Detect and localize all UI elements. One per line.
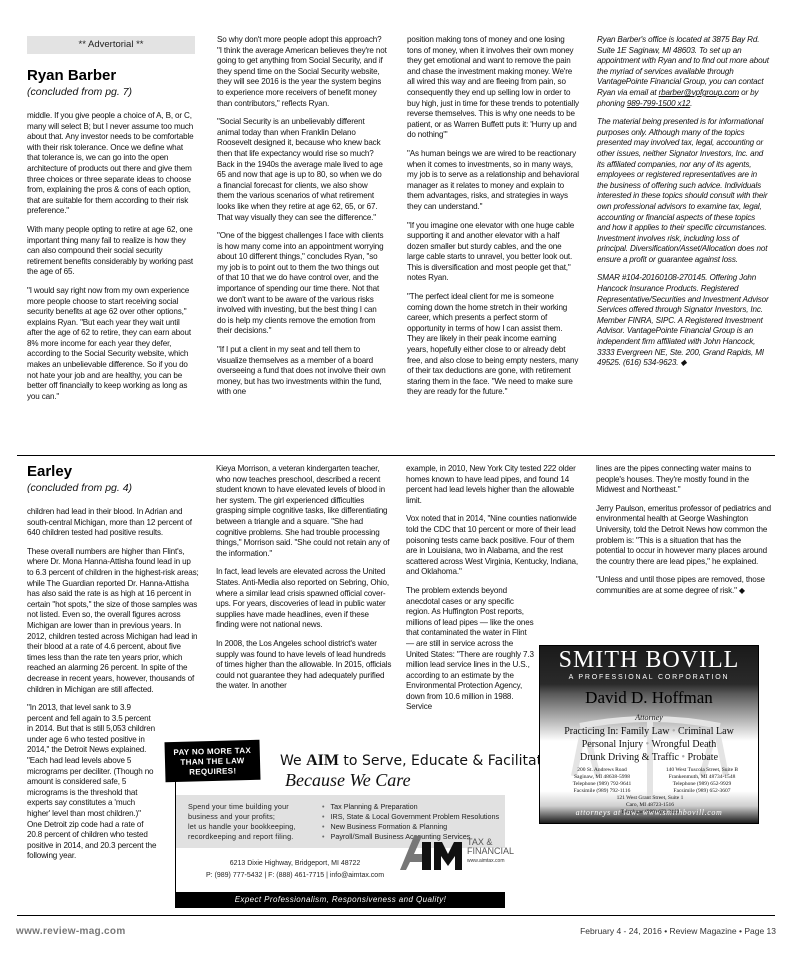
article-column-4: Ryan Barber's office is located at 3875 … (597, 35, 769, 377)
bullet-icon: • (672, 726, 676, 737)
office-line: 121 West Grant Street, Suite 1 (600, 795, 700, 802)
email-link[interactable]: rbarber@vpfgroup.com (659, 88, 739, 97)
paragraph: Vox noted that in 2014, "Nine counties n… (406, 514, 582, 578)
section-divider (17, 455, 775, 456)
paragraph: example, in 2010, New York City tested 2… (406, 464, 582, 506)
practice-area: Drunk Driving & Traffic (580, 752, 679, 763)
aim-address: 6213 Dixie Highway, Bridgeport, MI 48722 (195, 858, 395, 870)
practice-area: Criminal Law (678, 726, 734, 737)
office-line: Telephone (989) 652-9929 (652, 781, 752, 788)
paragraph: These overall numbers are higher than Fl… (27, 547, 199, 695)
bullet-icon: • (681, 752, 685, 763)
article-headline: Earley (27, 463, 72, 481)
aim-contact[interactable]: P: (989) 777-5432 | F: (888) 461-7715 | … (195, 870, 395, 882)
continuation-note: (concluded from pg. 7) (27, 86, 132, 99)
article-headline: Ryan Barber (27, 67, 116, 85)
aim-logo-line: FINANCIAL (467, 847, 514, 856)
article-column-3: position making tons of money and one lo… (407, 35, 579, 406)
aim-pitch-line: Spend your time building your (188, 802, 296, 812)
paragraph: "Social Security is an unbelievably diff… (217, 117, 387, 223)
article-column-2: So why don't more people adopt this appr… (217, 35, 387, 406)
contact-paragraph: Ryan Barber's office is located at 3875 … (597, 35, 769, 109)
office-saginaw: 200 St. Andrews Road Saginaw, MI 48638-5… (562, 767, 642, 795)
aim-headline-pre: We (280, 753, 306, 769)
aim-pitch: Spend your time building your business a… (188, 802, 296, 842)
article-column-4: lines are the pipes connecting water mai… (596, 464, 772, 605)
smith-bovill-advertisement[interactable]: SMITH BOVILL A PROFESSIONAL CORPORATION … (539, 645, 759, 824)
aim-pitch-line: let us handle your bookkeeping, (188, 822, 296, 832)
paragraph: "If you imagine one elevator with one hu… (407, 221, 579, 285)
office-frankenmuth: 140 West Tuscola Street, Suite B Franken… (652, 767, 752, 795)
paragraph: lines are the pipes connecting water mai… (596, 464, 772, 496)
paragraph: In fact, lead levels are elevated across… (216, 567, 392, 631)
office-line: Facsimile (989) 652-3607 (652, 788, 752, 795)
aim-address-block: 6213 Dixie Highway, Bridgeport, MI 48722… (195, 858, 395, 882)
disclaimer: The material being presented is for info… (597, 117, 769, 265)
aim-logo-url[interactable]: www.aimtax.com (467, 858, 505, 864)
practice-area: Personal Injury (582, 739, 643, 750)
attorney-title: Attorney (540, 713, 758, 722)
contact-text: . (690, 99, 692, 108)
firm-subtitle: A PROFESSIONAL CORPORATION (540, 674, 758, 681)
article-column-1: children had lead in their blood. In Adr… (27, 507, 199, 870)
office-line: Saginaw, MI 48638-5998 (562, 774, 642, 781)
firm-website[interactable]: attorneys at law: www.smithbovill.com (540, 808, 758, 817)
practice-line: Practicing In: Family Law • Criminal Law (540, 725, 758, 738)
paragraph: "One of the biggest challenges I face wi… (217, 231, 387, 337)
paragraph: Jerry Paulson, emeritus professor of ped… (596, 504, 772, 568)
compliance-notice: SMAR #104-20160108-270145. Offering John… (597, 273, 769, 368)
phone-link[interactable]: 989-799-1500 x12 (627, 99, 690, 108)
aim-brand: AIM (306, 752, 339, 769)
paragraph: "As human beings we are wired to be reac… (407, 149, 579, 213)
aim-pitch-line: recordkeeping and report filing. (188, 832, 296, 842)
bullet-icon: • (646, 739, 650, 750)
aim-pitch-line: business and your profits; (188, 812, 296, 822)
article-column-2: Kieya Morrison, a veteran kindergarten t… (216, 464, 392, 700)
paragraph: "If I put a client in my seat and tell t… (217, 345, 387, 398)
practice-areas: Practicing In: Family Law • Criminal Law… (540, 725, 758, 764)
issue-info: February 4 - 24, 2016 • Review Magazine … (580, 926, 776, 936)
practice-area: Practicing In: Family Law (564, 726, 669, 737)
aim-tag-label: PAY NO MORE TAX THAN THE LAW REQUIRES! (164, 740, 260, 782)
aim-service-item: Tax Planning & Preparation (322, 802, 499, 812)
office-line: Facsimile (989) 792-1116 (562, 788, 642, 795)
paragraph: children had lead in their blood. In Adr… (27, 507, 199, 539)
aim-headline: We AIM to Serve, Educate & Facilitate... (280, 752, 564, 770)
continuation-note: (concluded from pg. 4) (27, 482, 132, 495)
practice-area: Probate (687, 752, 718, 763)
practice-area: Wrongful Death (651, 739, 716, 750)
aim-service-item: IRS, State & Local Government Problem Re… (322, 812, 499, 822)
office-line: 200 St. Andrews Road (562, 767, 642, 774)
paragraph: "In 2013, that level sank to 3.9 percent… (27, 703, 157, 862)
paragraph: "The perfect ideal client for me is some… (407, 292, 579, 398)
paragraph: In 2008, the Los Angeles school district… (216, 639, 392, 692)
office-line: Telephone (989) 792-9641 (562, 781, 642, 788)
aim-logo-text: TAX & FINANCIAL (457, 838, 514, 856)
aim-subheadline: Because We Care (285, 770, 411, 791)
attorney-name: David D. Hoffman (540, 688, 758, 708)
paragraph: So why don't more people adopt this appr… (217, 35, 387, 109)
aim-service-item: New Business Formation & Planning (322, 822, 499, 832)
paragraph: Kieya Morrison, a veteran kindergarten t… (216, 464, 392, 559)
practice-line: Drunk Driving & Traffic • Probate (540, 751, 758, 764)
advertorial-banner: ** Advertorial ** (27, 36, 195, 54)
article-column-1: middle. If you give people a choice of A… (27, 111, 197, 410)
footer-divider (17, 915, 775, 916)
office-line: 140 West Tuscola Street, Suite B (652, 767, 752, 774)
paragraph: "I would say right now from my own exper… (27, 286, 197, 403)
practice-line: Personal Injury • Wrongful Death (540, 738, 758, 751)
office-line: Frankenmuth, MI 48734-1548 (652, 774, 752, 781)
aim-headline-post: to Serve, Educate & Facilitate... (339, 753, 564, 769)
aim-footer-slogan: Expect Professionalism, Responsiveness a… (176, 892, 505, 908)
paragraph: The problem extends beyond anecdotal cas… (406, 586, 536, 713)
paragraph: middle. If you give people a choice of A… (27, 111, 197, 217)
paragraph: With many people opting to retire at age… (27, 225, 197, 278)
paragraph: "Unless and until those pipes are remove… (596, 575, 772, 596)
firm-name: SMITH BOVILL (540, 647, 758, 674)
paragraph: position making tons of money and one lo… (407, 35, 579, 141)
magazine-url[interactable]: www.review-mag.com (16, 926, 126, 937)
